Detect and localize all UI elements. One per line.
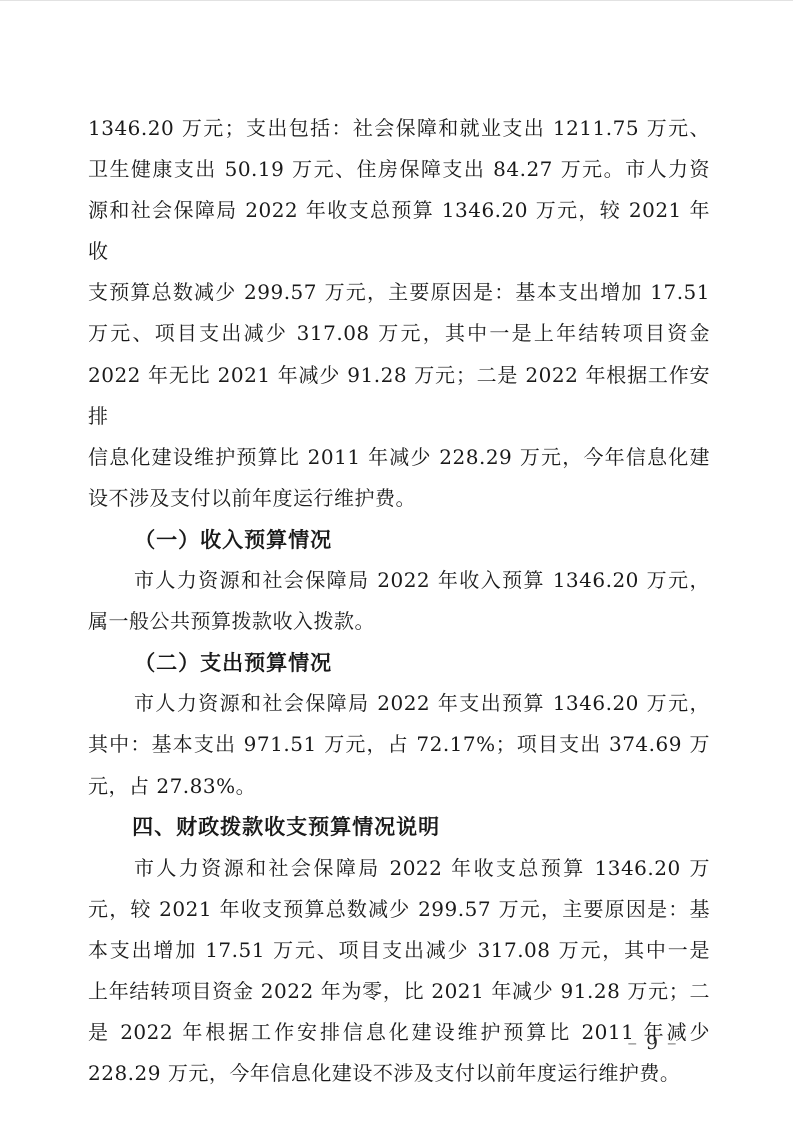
- body-line: 万元、项目支出减少 317.08 万元，其中一是上年结转项目资金: [88, 313, 710, 354]
- body-line: 信息化建设维护预算比 2011 年减少 228.29 万元，今年信息化建: [88, 437, 710, 478]
- body-line: 设不涉及支付以前年度运行维护费。: [88, 478, 710, 519]
- heading-expenditure-budget: （二）支出预算情况: [88, 642, 710, 683]
- heading-income-budget: （一）收入预算情况: [88, 519, 710, 560]
- body-line: 市人力资源和社会保障局 2022 年收入预算 1346.20 万元，: [88, 560, 710, 601]
- page-number-value: 9: [646, 1032, 658, 1054]
- body-line: 属一般公共预算拨款收入拨款。: [88, 601, 710, 642]
- body-line: 228.29 万元，今年信息化建设不涉及支付以前年度运行维护费。: [88, 1053, 710, 1094]
- body-line: 市人力资源和社会保障局 2022 年收支总预算 1346.20 万: [88, 848, 710, 889]
- body-line: 本支出增加 17.51 万元、项目支出减少 317.08 万元，其中一是: [88, 930, 710, 971]
- body-line: 卫生健康支出 50.19 万元、住房保障支出 84.27 万元。市人力资: [88, 149, 710, 190]
- body-line: 市人力资源和社会保障局 2022 年支出预算 1346.20 万元，: [88, 683, 710, 724]
- page-number-dash-right: –: [667, 1032, 677, 1054]
- body-line: 源和社会保障局 2022 年收支总预算 1346.20 万元，较 2021 年收: [88, 190, 710, 272]
- body-line: 元，占 27.83%。: [88, 766, 710, 807]
- body-line: 2022 年无比 2021 年减少 91.28 万元；二是 2022 年根据工作…: [88, 355, 710, 437]
- body-line: 元，较 2021 年收支预算总数减少 299.57 万元，主要原因是：基: [88, 889, 710, 930]
- body-line: 1346.20 万元；支出包括：社会保障和就业支出 1211.75 万元、: [88, 108, 710, 149]
- page-number: –9–: [606, 1030, 698, 1056]
- document-body: 1346.20 万元；支出包括：社会保障和就业支出 1211.75 万元、 卫生…: [88, 108, 710, 1094]
- page-top-edge-line: [0, 0, 793, 1]
- heading-fiscal-appropriation: 四、财政拨款收支预算情况说明: [88, 807, 710, 848]
- body-line: 支预算总数减少 299.57 万元，主要原因是：基本支出增加 17.51: [88, 272, 710, 313]
- document-page: 1346.20 万元；支出包括：社会保障和就业支出 1211.75 万元、 卫生…: [0, 0, 793, 1122]
- page-number-dash-left: –: [627, 1032, 637, 1054]
- body-line: 其中：基本支出 971.51 万元，占 72.17%；项目支出 374.69 万: [88, 724, 710, 765]
- body-line: 上年结转项目资金 2022 年为零，比 2021 年减少 91.28 万元；二: [88, 971, 710, 1012]
